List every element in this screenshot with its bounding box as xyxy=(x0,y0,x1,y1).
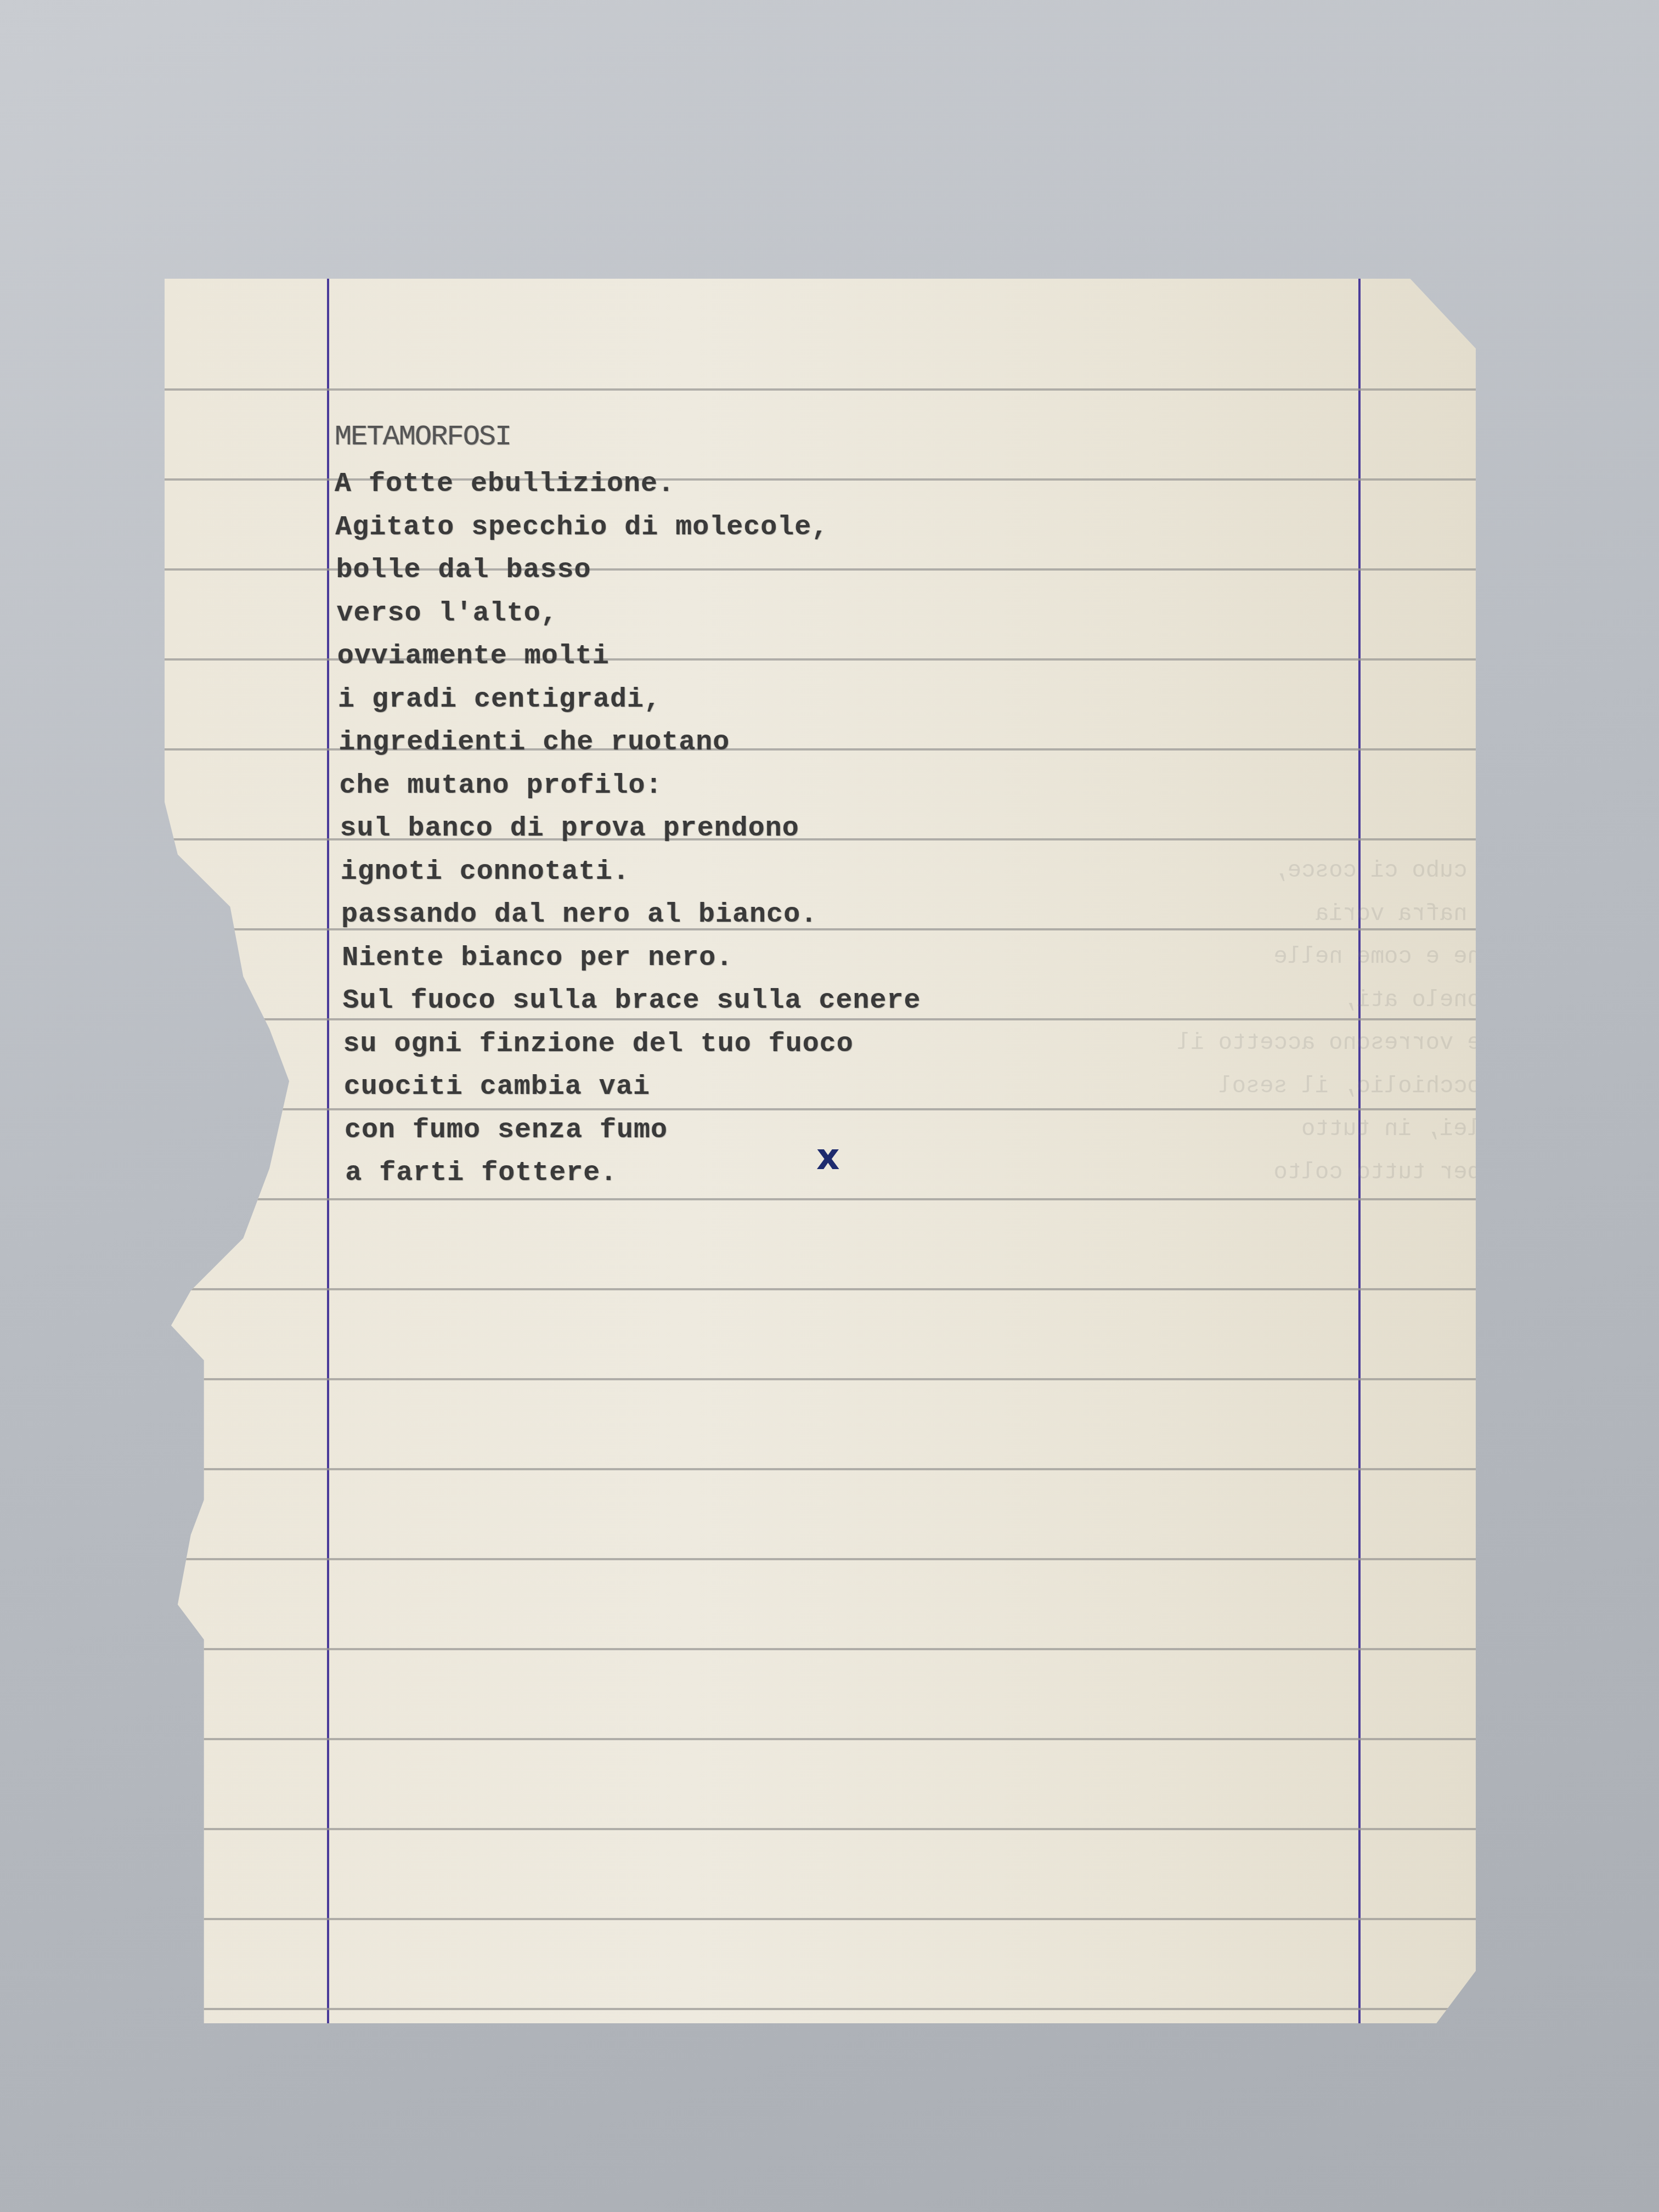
poem-line: ingredienti che ruotano xyxy=(335,721,1267,765)
ruled-line xyxy=(165,1288,1476,1290)
poem-line: su ogni finzione del tuo fuoco xyxy=(335,1023,1267,1066)
poem: METAMORFOSI A fotte ebullizione.Agitato … xyxy=(335,416,1267,1195)
ruled-line xyxy=(165,1378,1476,1380)
poem-line: i gradi centigradi, xyxy=(335,679,1267,722)
ruled-line xyxy=(165,1198,1476,1200)
ruled-line xyxy=(165,1468,1476,1470)
poem-line: passando dal nero al bianco. xyxy=(335,894,1267,937)
poem-line: verso l'alto, xyxy=(335,592,1267,636)
poem-line: Agitato specchio di molecole, xyxy=(335,506,1267,550)
ruled-line xyxy=(165,1828,1476,1830)
handwritten-x-mark: x xyxy=(816,1139,840,1175)
poem-lines: A fotte ebullizione.Agitato specchio di … xyxy=(335,463,1267,1195)
ruled-line xyxy=(165,2008,1476,2010)
poem-line: cuociti cambia vai xyxy=(335,1066,1267,1109)
poem-line: Niente bianco per nero. xyxy=(335,937,1267,980)
poem-line: che mutano profilo: xyxy=(335,765,1267,808)
poem-line: sul banco di prova prendono xyxy=(335,808,1267,851)
poem-line: con fumo senza fumo xyxy=(335,1109,1267,1153)
ruled-line xyxy=(165,1558,1476,1560)
poem-line: A fotte ebullizione. xyxy=(335,463,1267,506)
poem-line: ignoti connotati. xyxy=(335,851,1267,894)
poem-title: METAMORFOSI xyxy=(335,416,1267,463)
ruled-line xyxy=(165,1648,1476,1650)
poem-line: a farti fottere. xyxy=(335,1152,1267,1195)
left-margin-line xyxy=(327,279,329,2023)
ruled-line xyxy=(165,1918,1476,1920)
ruled-line xyxy=(165,388,1476,391)
poem-line: bolle dal basso xyxy=(335,549,1267,592)
poem-line: Sul fuoco sulla brace sulla cenere xyxy=(335,980,1267,1023)
ruled-line xyxy=(165,1738,1476,1740)
poem-line: ovviamente molti xyxy=(335,635,1267,679)
paper-sheet: di cubo ci cosce, la nafra voria lone e … xyxy=(165,279,1476,2023)
